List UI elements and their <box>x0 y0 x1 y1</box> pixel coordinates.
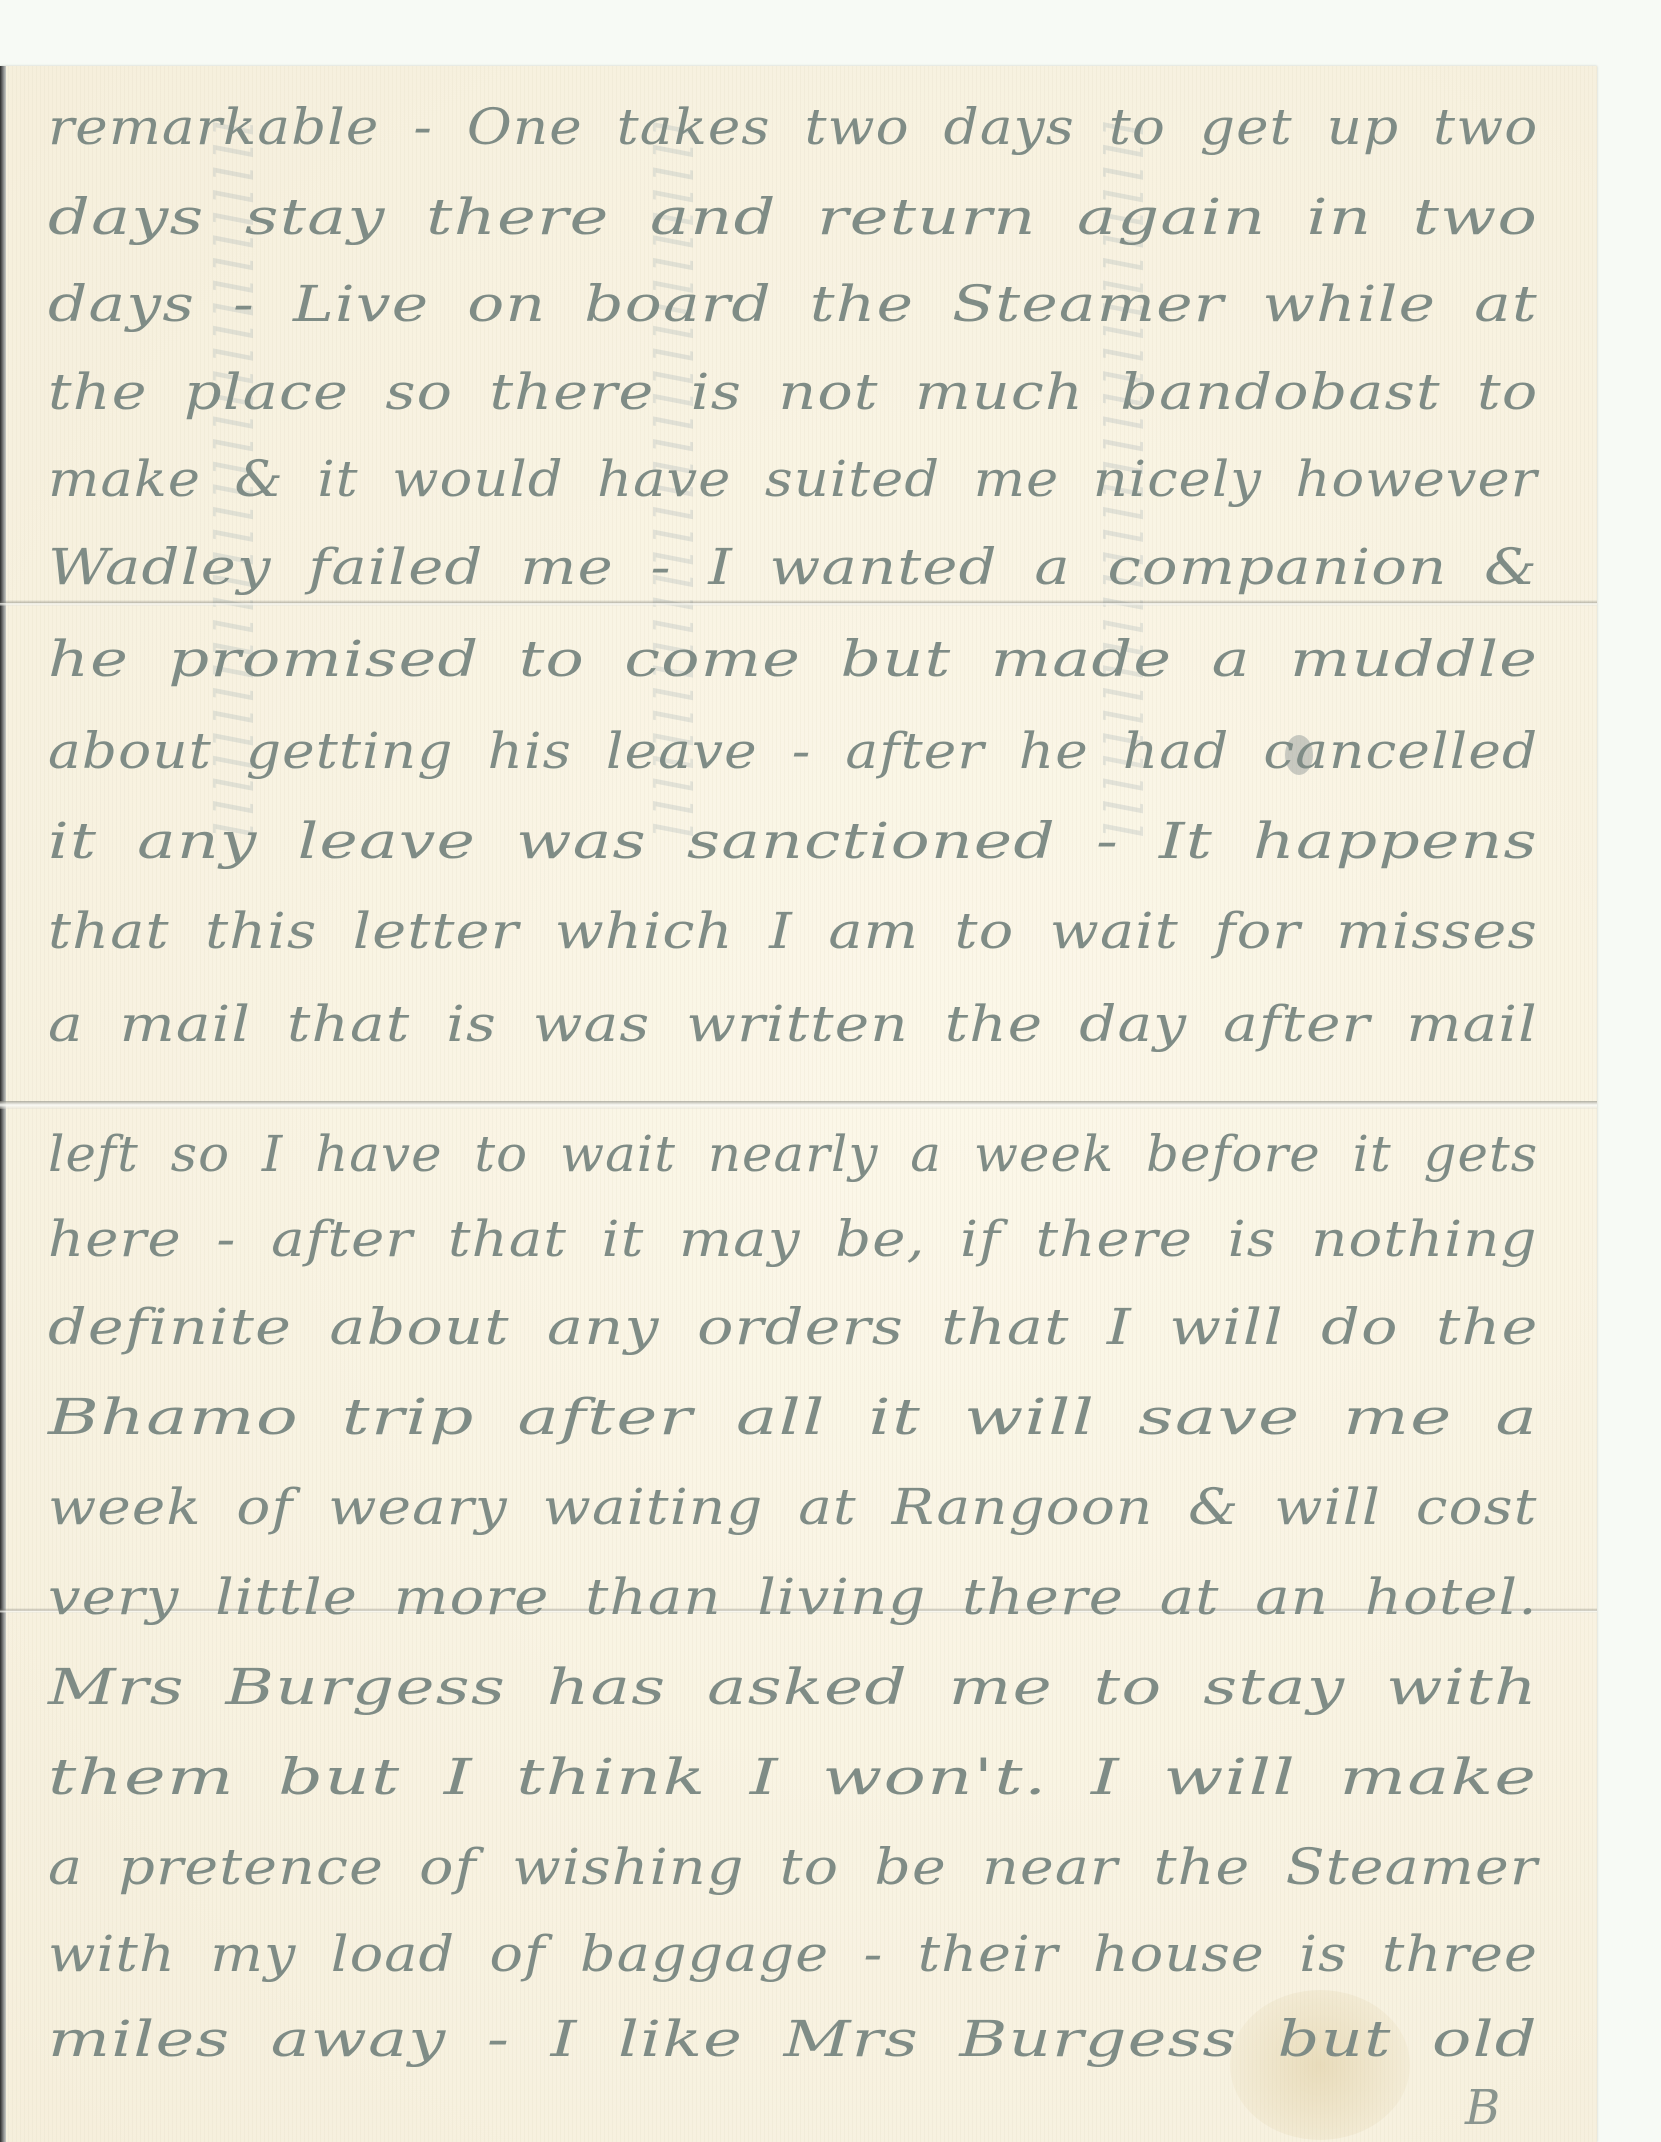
letter-line-19: them but I think I won't. I will make <box>48 1748 1537 1806</box>
letter-line-18: Mrs Burgess has asked me to stay with <box>48 1658 1538 1716</box>
letter-line-12: left so I have to wait nearly a week bef… <box>48 1125 1538 1183</box>
letter-line-6: Wadley failed me - I wanted a companion … <box>48 538 1538 596</box>
letter-line-17: very little more than living there at an… <box>48 1568 1538 1626</box>
letter-line-14: definite about any orders that I will do… <box>48 1298 1539 1356</box>
paper-fold-line <box>0 600 1597 606</box>
letter-line-13: here - after that it may be, if there is… <box>48 1210 1538 1268</box>
letter-line-3: days - Live on board the Steamer while a… <box>48 275 1538 333</box>
page-marker: B <box>1465 2080 1500 2136</box>
letter-line-7: he promised to come but made a muddle <box>48 630 1538 688</box>
letter-line-4: the place so there is not much bandobast… <box>48 363 1538 421</box>
letter-line-16: week of weary waiting at Rangoon & will … <box>48 1478 1537 1536</box>
letter-line-11: a mail that is was written the day after… <box>48 995 1538 1053</box>
letter-line-5: make & it would have suited me nicely ho… <box>48 450 1538 508</box>
letter-line-22: miles away - I like Mrs Burgess but old <box>48 2010 1538 2068</box>
letter-line-1: remarkable - One takes two days to get u… <box>48 98 1538 156</box>
letter-line-15: Bhamo trip after all it will save me a <box>48 1388 1538 1446</box>
letter-line-8: about getting his leave - after he had c… <box>48 722 1538 780</box>
letter-line-21: with my load of baggage - their house is… <box>48 1925 1538 1983</box>
letter-line-9: it any leave was sanctioned - It happens <box>48 812 1538 870</box>
letter-line-2: days stay there and return again in two <box>48 188 1538 246</box>
letter-line-10: that this letter which I am to wait for … <box>48 902 1538 960</box>
letter-line-20: a pretence of wishing to be near the Ste… <box>48 1838 1538 1896</box>
paper-fold-line <box>0 1101 1597 1109</box>
